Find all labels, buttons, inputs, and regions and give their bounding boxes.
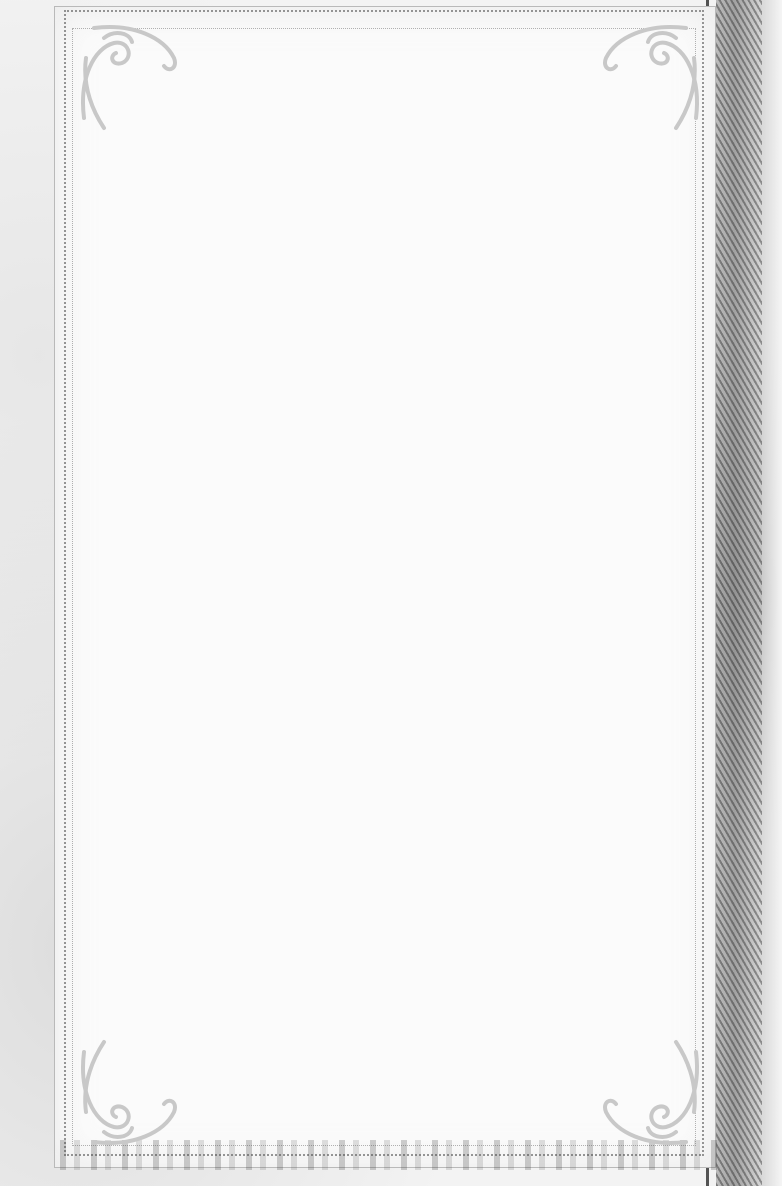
corner-flourish-icon-top-left: [74, 18, 194, 138]
book-cover-background: [0, 0, 782, 1186]
page-edge: [762, 0, 782, 1186]
inner-border-rule: [72, 28, 696, 1146]
corner-flourish-icon-top-right: [586, 18, 706, 138]
corner-flourish-icon-bottom-left: [74, 1032, 194, 1152]
corner-flourish-icon-bottom-right: [586, 1032, 706, 1152]
book-spine-texture: [716, 0, 762, 1186]
